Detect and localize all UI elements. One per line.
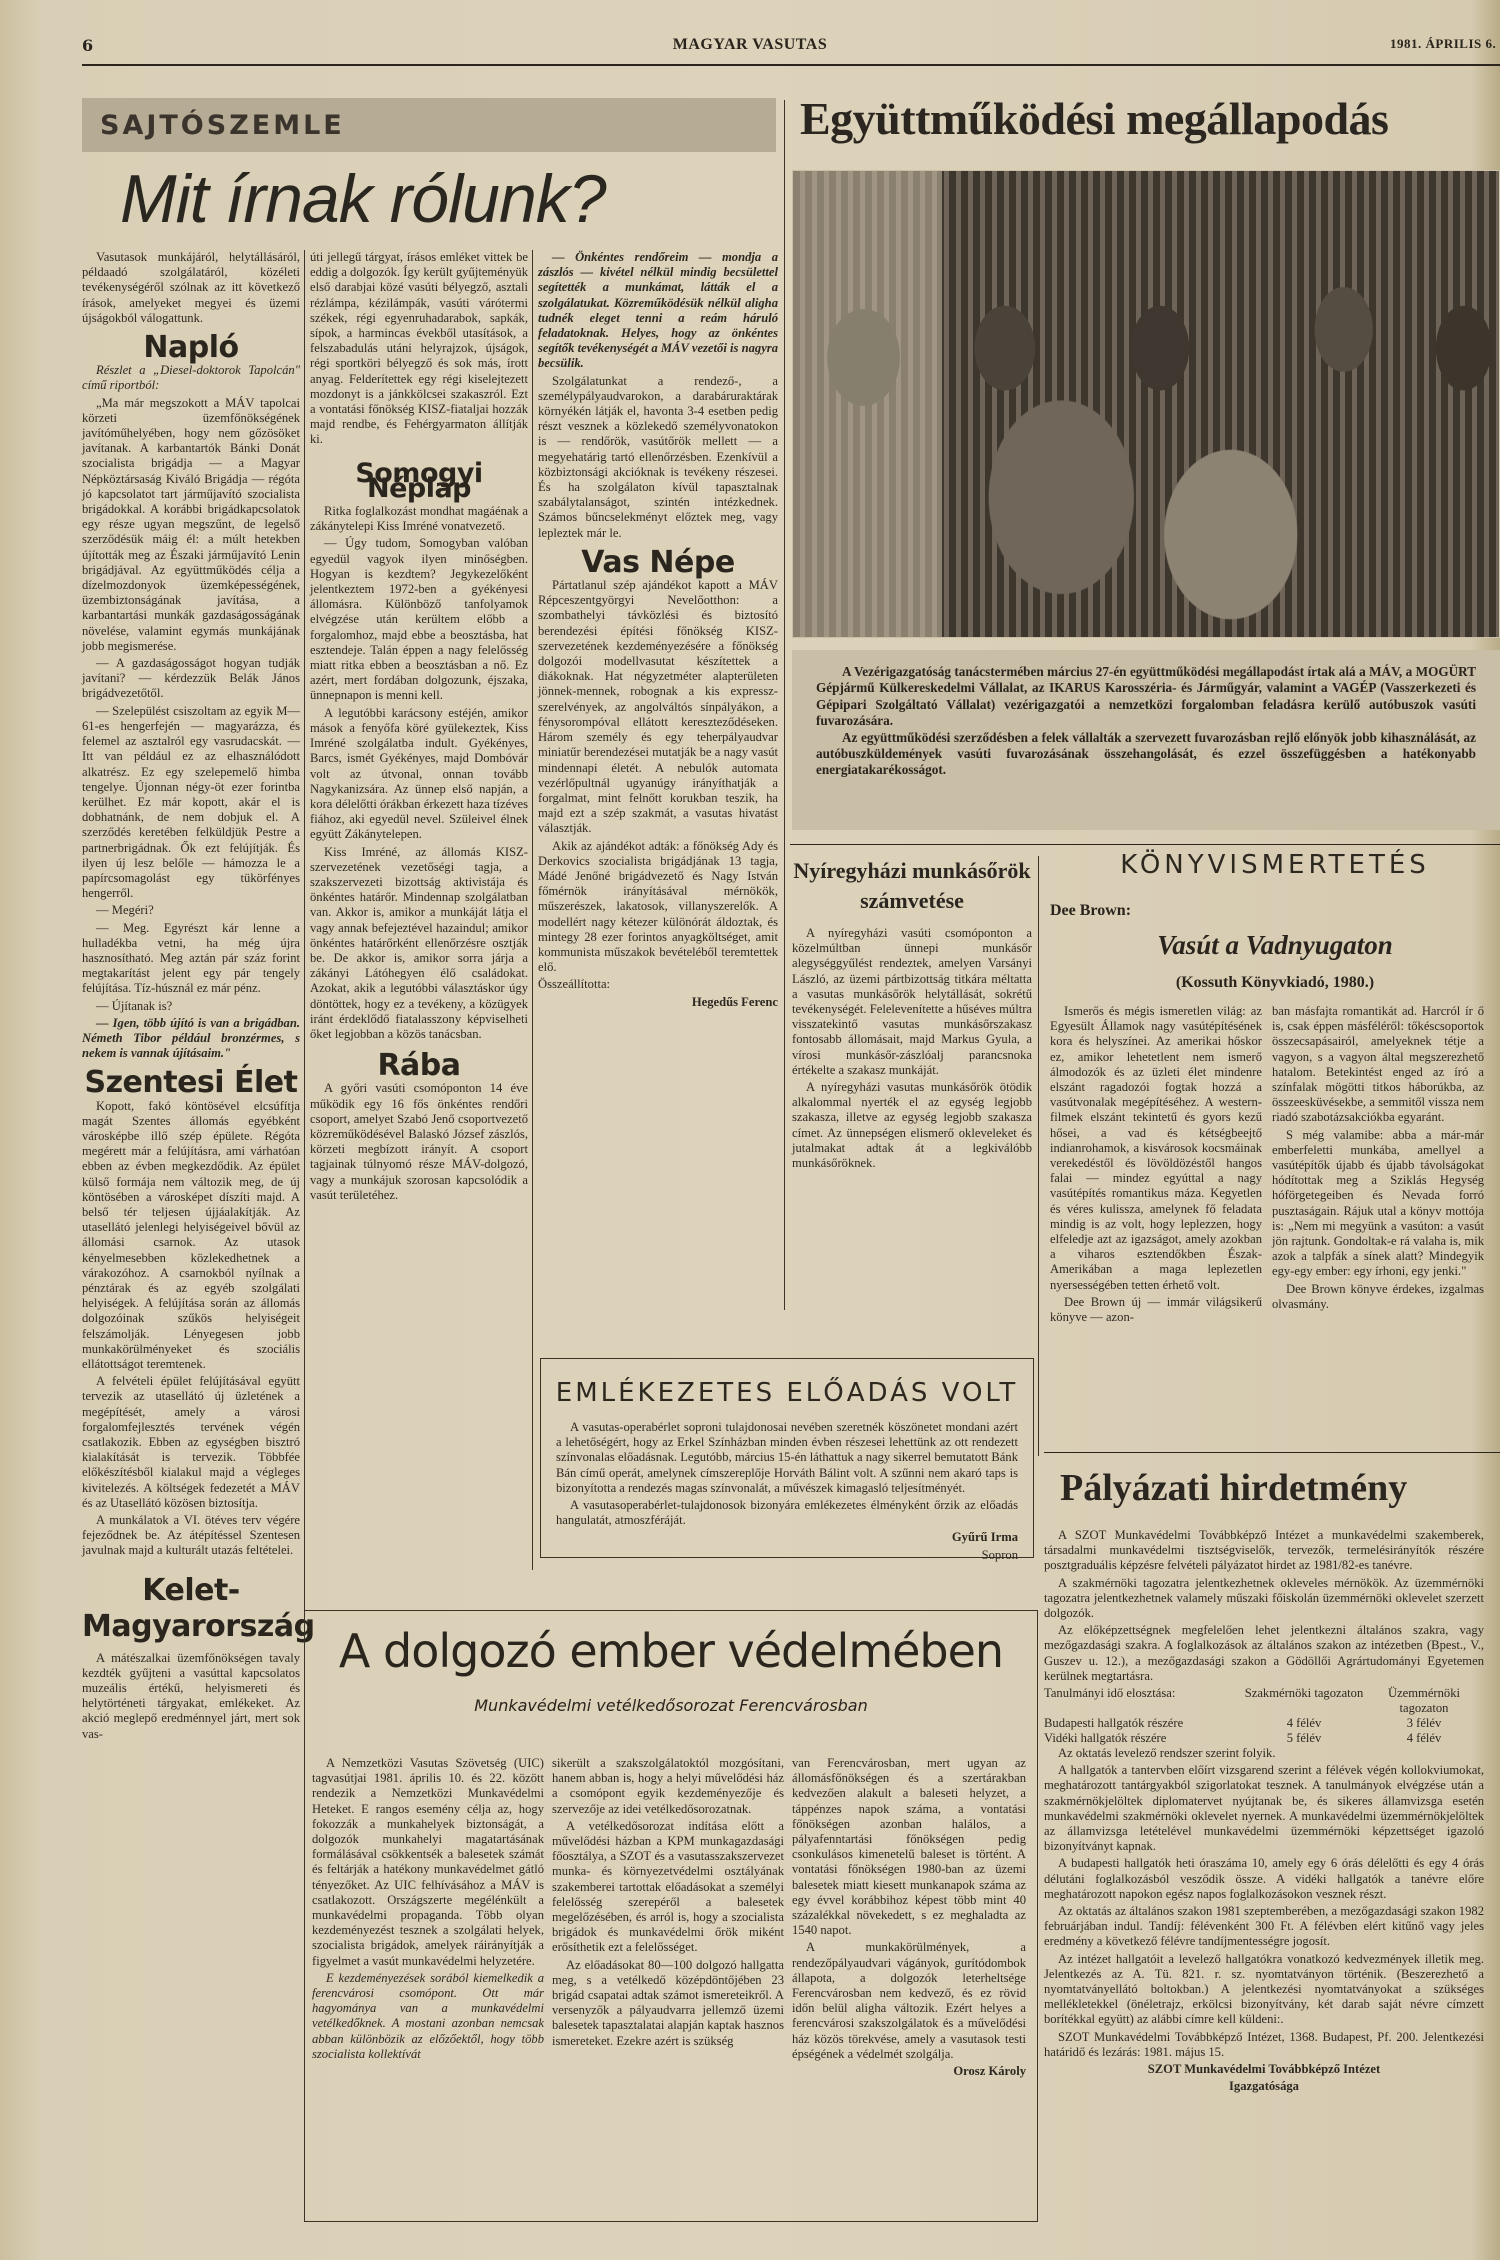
- opera-location: Sopron: [556, 1548, 1018, 1563]
- tender-p2: A szakmérnöki tagozatra jelentkezhetnek …: [1044, 1576, 1484, 1622]
- header-rule: [82, 64, 1500, 66]
- heading-naplo: Napló: [82, 340, 300, 355]
- naplo-p2: — A gazdaságosságot hogyan tudják javíta…: [82, 656, 300, 702]
- wp-col2b-text: A vetélkedősorozat indítása előtt a műve…: [552, 1819, 784, 1956]
- opera-p2: A vasutasoperabérlet-tulajdonosok bizony…: [556, 1498, 1018, 1528]
- somogyi-p1: Ritka foglalkozást mondhat magáénak a zá…: [310, 504, 528, 534]
- book-col2c-text: Dee Brown könyve érdekes, izgalmas olvas…: [1272, 1282, 1484, 1312]
- raba-p1: A győri vasúti csomóponton 14 éve működi…: [310, 1081, 528, 1203]
- somogyi-p3: A legutóbbi karácsony estéjén, amikor má…: [310, 706, 528, 843]
- book-col1b-text: Dee Brown új — immár világsikerű könyve …: [1050, 1295, 1262, 1325]
- book-title: Vasút a Vadnyugaton: [1050, 930, 1500, 961]
- somogyi-p2: — Úgy tudom, Somogyban valóban egyedül v…: [310, 536, 528, 703]
- tender-col-a: Szakmérnöki tagozaton: [1244, 1686, 1364, 1716]
- press-intro: Vasutasok munkájáról, helytállásáról, pé…: [82, 250, 300, 326]
- tender-p5: A hallgatók a tantervben előírt vizsgare…: [1044, 1763, 1484, 1854]
- caption-p1: A Vezérigazgatóság tanácstermében márciu…: [816, 664, 1476, 730]
- heading-szentesi-elet: Szentesi Élet: [82, 1075, 300, 1090]
- nyiregyhaza-title: Nyíregyházi munkásőrök számvetése: [792, 856, 1032, 916]
- issue-date: 1981. ÁPRILIS 6.: [1390, 36, 1496, 52]
- wp-col2-text: sikerült a szakszolgálatoktól mozgósítan…: [552, 1756, 784, 1817]
- naplo-lead: Részlet a „Diesel-doktorok Tapolcán" cím…: [82, 363, 300, 393]
- tender-table-row: Vidéki hallgatók részére 5 félév 4 félév: [1044, 1731, 1484, 1746]
- opera-body: A vasutas-operabérlet soproni tulajdonos…: [556, 1420, 1018, 1565]
- wp-author: Orosz Károly: [792, 2064, 1026, 2079]
- tender-table-header: Tanulmányi idő elosztása: Szakmérnöki ta…: [1044, 1686, 1484, 1716]
- naplo-p5: — Meg. Egyrészt kár lenne a hulladékba v…: [82, 921, 300, 997]
- naplo-p3: — Szelepülést csiszoltam az egyik M—61-e…: [82, 704, 300, 902]
- compiled-label: Összeállította:: [538, 977, 778, 992]
- tender-p8: Az intézet hallgatóit a levelező hallgat…: [1044, 1952, 1484, 2028]
- tender-signature-2: Igazgatósága: [1044, 2079, 1484, 2094]
- somogyi-p4: Kiss Imréné, az állomás KISZ-szervezetén…: [310, 845, 528, 1043]
- wp-col3b-text: A munkakörülmények, a rendezőpályaudvari…: [792, 1940, 1026, 2062]
- opera-p1: A vasutas-operabérlet soproni tulajdonos…: [556, 1420, 1018, 1496]
- book-col-1: Ismerős és mégis ismeretlen világ: az Eg…: [1050, 1004, 1262, 1327]
- press-col-3: — Önkéntes rendőreim — mondja a zászlós …: [538, 250, 778, 1012]
- tender-p7: Az oktatás az általános szakon 1981 szep…: [1044, 1904, 1484, 1950]
- tender-p6: A budapesti hallgatók heti óraszáma 10, …: [1044, 1856, 1484, 1902]
- column-rule: [784, 100, 785, 1310]
- row-value-a: 4 félév: [1244, 1716, 1364, 1731]
- caption-p2: Az együttműködési szerződésben a felek v…: [816, 730, 1476, 779]
- tender-signature-1: SZOT Munkavédelmi Továbbképző Intézet: [1044, 2062, 1484, 2077]
- book-col-2: ban másfajta romantikát ad. Harcról ír ő…: [1272, 1004, 1484, 1314]
- tender-table-label: Tanulmányi idő elosztása:: [1044, 1686, 1244, 1716]
- photo-caption: A Vezérigazgatóság tanácstermében márciu…: [792, 650, 1500, 830]
- col3-p2: Szolgálatunkat a rendező-, a személypály…: [538, 374, 778, 541]
- newspaper-page: 6 MAGYAR VASUTAS 1981. ÁPRILIS 6. SAJTÓS…: [0, 0, 1500, 2260]
- vas-nepe-p2: Akik az ajándékot adták: a főnökség Ady …: [538, 839, 778, 976]
- tender-p3: Az előképzettségnek megfelelően lehet je…: [1044, 1623, 1484, 1684]
- press-review-title: Mit írnak rólunk?: [120, 160, 606, 238]
- tender-p9: SZOT Munkavédelmi Továbbképző Intézet, 1…: [1044, 2030, 1484, 2060]
- row-value-b: 4 félév: [1364, 1731, 1484, 1746]
- row-value-b: 3 félév: [1364, 1716, 1484, 1731]
- vas-nepe-p1: Pártatlanul szép ajándékot kapott a MÁV …: [538, 578, 778, 836]
- tender-p4: Az oktatás levelező rendszer szerint fol…: [1044, 1746, 1484, 1761]
- book-col1-text: Ismerős és mégis ismeretlen világ: az Eg…: [1050, 1004, 1262, 1293]
- szentesi-p3: A munkálatok a VI. ötéves terv végére fe…: [82, 1513, 300, 1559]
- column-rule: [1038, 856, 1039, 1456]
- szentesi-p2: A felvételi épület felújításával együtt …: [82, 1374, 300, 1511]
- opera-author: Gyűrű Irma: [556, 1530, 1018, 1545]
- heading-raba: Rába: [310, 1058, 528, 1073]
- wp-col1b-text: E kezdeményezések sorából kiemelkedik a …: [312, 1971, 544, 2062]
- row-value-a: 5 félév: [1244, 1731, 1364, 1746]
- tender-body: A SZOT Munkavédelmi Továbbképző Intézet …: [1044, 1528, 1484, 2097]
- col2-continuation: úti jellegű tárgyat, írásos emléket vitt…: [310, 250, 528, 448]
- book-col2b-text: S még valamibe: abba a már-már emberfele…: [1272, 1128, 1484, 1280]
- heading-vas-nepe: Vas Népe: [538, 555, 778, 570]
- publication-name: MAGYAR VASUTAS: [0, 36, 1500, 54]
- naplo-p4: — Megéri?: [82, 903, 300, 918]
- nyiregyhaza-p1: A nyíregyházi vasúti csomóponton a közel…: [792, 926, 1032, 1078]
- press-col-1: Vasutasok munkájáról, helytállásáról, pé…: [82, 250, 300, 1744]
- row-label: Budapesti hallgatók részére: [1044, 1716, 1244, 1731]
- tender-title: Pályázati hirdetmény: [1060, 1466, 1407, 1510]
- compiled-by: Hegedűs Ferenc: [538, 995, 778, 1010]
- wp-col2c-text: Az előadásokat 80—100 dolgozó hallgatta …: [552, 1958, 784, 2049]
- wp-col1-text: A Nemzetközi Vasutas Szövetség (UIC) tag…: [312, 1756, 544, 1969]
- book-publisher: (Kossuth Könyvkiadó, 1980.): [1050, 974, 1500, 992]
- nyiregyhaza-p2: A nyíregyházi vasutas munkásőrök ötödik …: [792, 1080, 1032, 1171]
- tender-table-row: Budapesti hallgatók részére 4 félév 3 fé…: [1044, 1716, 1484, 1731]
- column-rule: [532, 250, 533, 1570]
- section-rule: [1044, 1452, 1500, 1453]
- szentesi-p1: Kopott, fakó köntösével elcsúfítja magát…: [82, 1099, 300, 1373]
- col3-p1: — Önkéntes rendőreim — mondja a zászlós …: [538, 250, 778, 372]
- tender-p1: A SZOT Munkavédelmi Továbbképző Intézet …: [1044, 1528, 1484, 1574]
- press-col-2: úti jellegű tárgyat, írásos emléket vitt…: [310, 250, 528, 1205]
- naplo-p1: „Ma már megszokott a MÁV tapolcai körzet…: [82, 396, 300, 654]
- book-author: Dee Brown:: [1050, 902, 1131, 920]
- naplo-p6: — Újítanak is?: [82, 999, 300, 1014]
- nyiregyhaza-article: Nyíregyházi munkásőrök számvetése A nyír…: [792, 856, 1032, 1173]
- book-col2-text: ban másfajta romantikát ad. Harcról ír ő…: [1272, 1004, 1484, 1126]
- wp-col-3: van Ferencvárosban, mert ugyan az állomá…: [792, 1756, 1026, 2081]
- wp-col-2: sikerült a szakszolgálatoktól mozgósítan…: [552, 1756, 784, 2051]
- kelet-p1: A mátészalkai üzemfőnökségen tavaly kezd…: [82, 1651, 300, 1742]
- heading-somogyi-neplap: Somogyi Néplap: [310, 466, 528, 496]
- row-label: Vidéki hallgatók részére: [1044, 1731, 1244, 1746]
- section-label-press-review: SAJTÓSZEMLE: [82, 98, 776, 152]
- worker-protection-subtitle: Munkavédelmi vetélkedősorozat Ferencváro…: [304, 1696, 1038, 1715]
- cooperation-title: Együttműködési megállapodás: [800, 92, 1388, 145]
- wp-col-1: A Nemzetközi Vasutas Szövetség (UIC) tag…: [312, 1756, 544, 2064]
- worker-protection-title: A dolgozó ember védelmében: [304, 1624, 1038, 1678]
- photo-light-area: [792, 170, 942, 638]
- book-review-label: KÖNYVISMERTETÉS: [1050, 850, 1500, 880]
- heading-kelet-magyarorszag: Kelet-Magyarország: [82, 1573, 300, 1645]
- section-rule: [790, 844, 1500, 845]
- wp-col3-text: van Ferencvárosban, mert ugyan az állomá…: [792, 1756, 1026, 1938]
- naplo-p7: — Igen, több újító is van a brigádban. N…: [82, 1016, 300, 1062]
- opera-title: EMLÉKEZETES ELŐADÁS VOLT: [540, 1378, 1034, 1408]
- tender-col-b: Üzemmérnöki tagozaton: [1364, 1686, 1484, 1716]
